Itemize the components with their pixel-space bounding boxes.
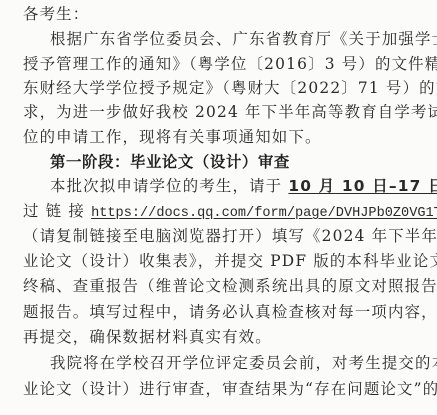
para1-line2: 授予管理工作的通知》（粤学位〔2016〕3 号）的文件精神和《广	[23, 52, 423, 77]
para2-line3: （请复制链接至电脑浏览器打开）填写《2024 年下半年本科毕	[23, 224, 423, 249]
para3-line2-pre: 业论文（设计）进行审查，审查结果为“存在问题论文”的，	[23, 380, 437, 398]
para2-line2: 过 链 接 https://docs.qq.com/form/page/DVHJ…	[23, 199, 423, 224]
para2-line6: 题报告。填写过程中，请务必认真检查核对每一项内容，无误后	[23, 300, 423, 325]
para3-line1: 我院将在学校召开学位评定委员会前，对考生提交的本科毕	[50, 351, 423, 376]
section-heading-stage1: 第一阶段：毕业论文（设计）审查	[50, 150, 423, 175]
para2-line4: 业论文（设计）收集表》，并提交 PDF 版的本科毕业论文（设计）	[23, 249, 423, 274]
para1-line5: 位的申请工作，现将有关事项通知如下。	[23, 125, 423, 150]
notice-document: 各考生： 根据广东省学位委员会、广东省教育厅《关于加强学士学位 授予管理工作的通…	[0, 0, 437, 415]
form-link[interactable]: https://docs.qq.com/form/page/DVHJPb0Z0V…	[91, 206, 437, 221]
deadline-date: 10 月 10 日–17 日	[288, 177, 437, 195]
para1-line3: 东财经大学学位授予规定》（粤财大〔2022〕71 号）的文件要	[23, 76, 423, 101]
para1-line1: 根据广东省学位委员会、广东省教育厅《关于加强学士学位	[50, 27, 423, 52]
para2-line1-pre: 本批次拟申请学位的考生，请于	[50, 177, 288, 195]
para3-line2: 业论文（设计）进行审查，审查结果为“存在问题论文”的，将	[23, 377, 423, 402]
para1-line4: 求，为进一步做好我校 2024 年下半年高等教育自学考试学士学	[23, 100, 423, 125]
salutation: 各考生：	[23, 2, 423, 27]
para2-line7: 再提交，确保数据材料真实有效。	[23, 325, 423, 350]
para2-line2-pre: 过 链 接	[23, 202, 91, 220]
para2-line1: 本批次拟申请学位的考生，请于 10 月 10 日–17 日期间，通	[50, 174, 423, 199]
para2-line5: 终稿、查重报告（维普论文检测系统出具的原文对照报告）、开	[23, 274, 423, 299]
